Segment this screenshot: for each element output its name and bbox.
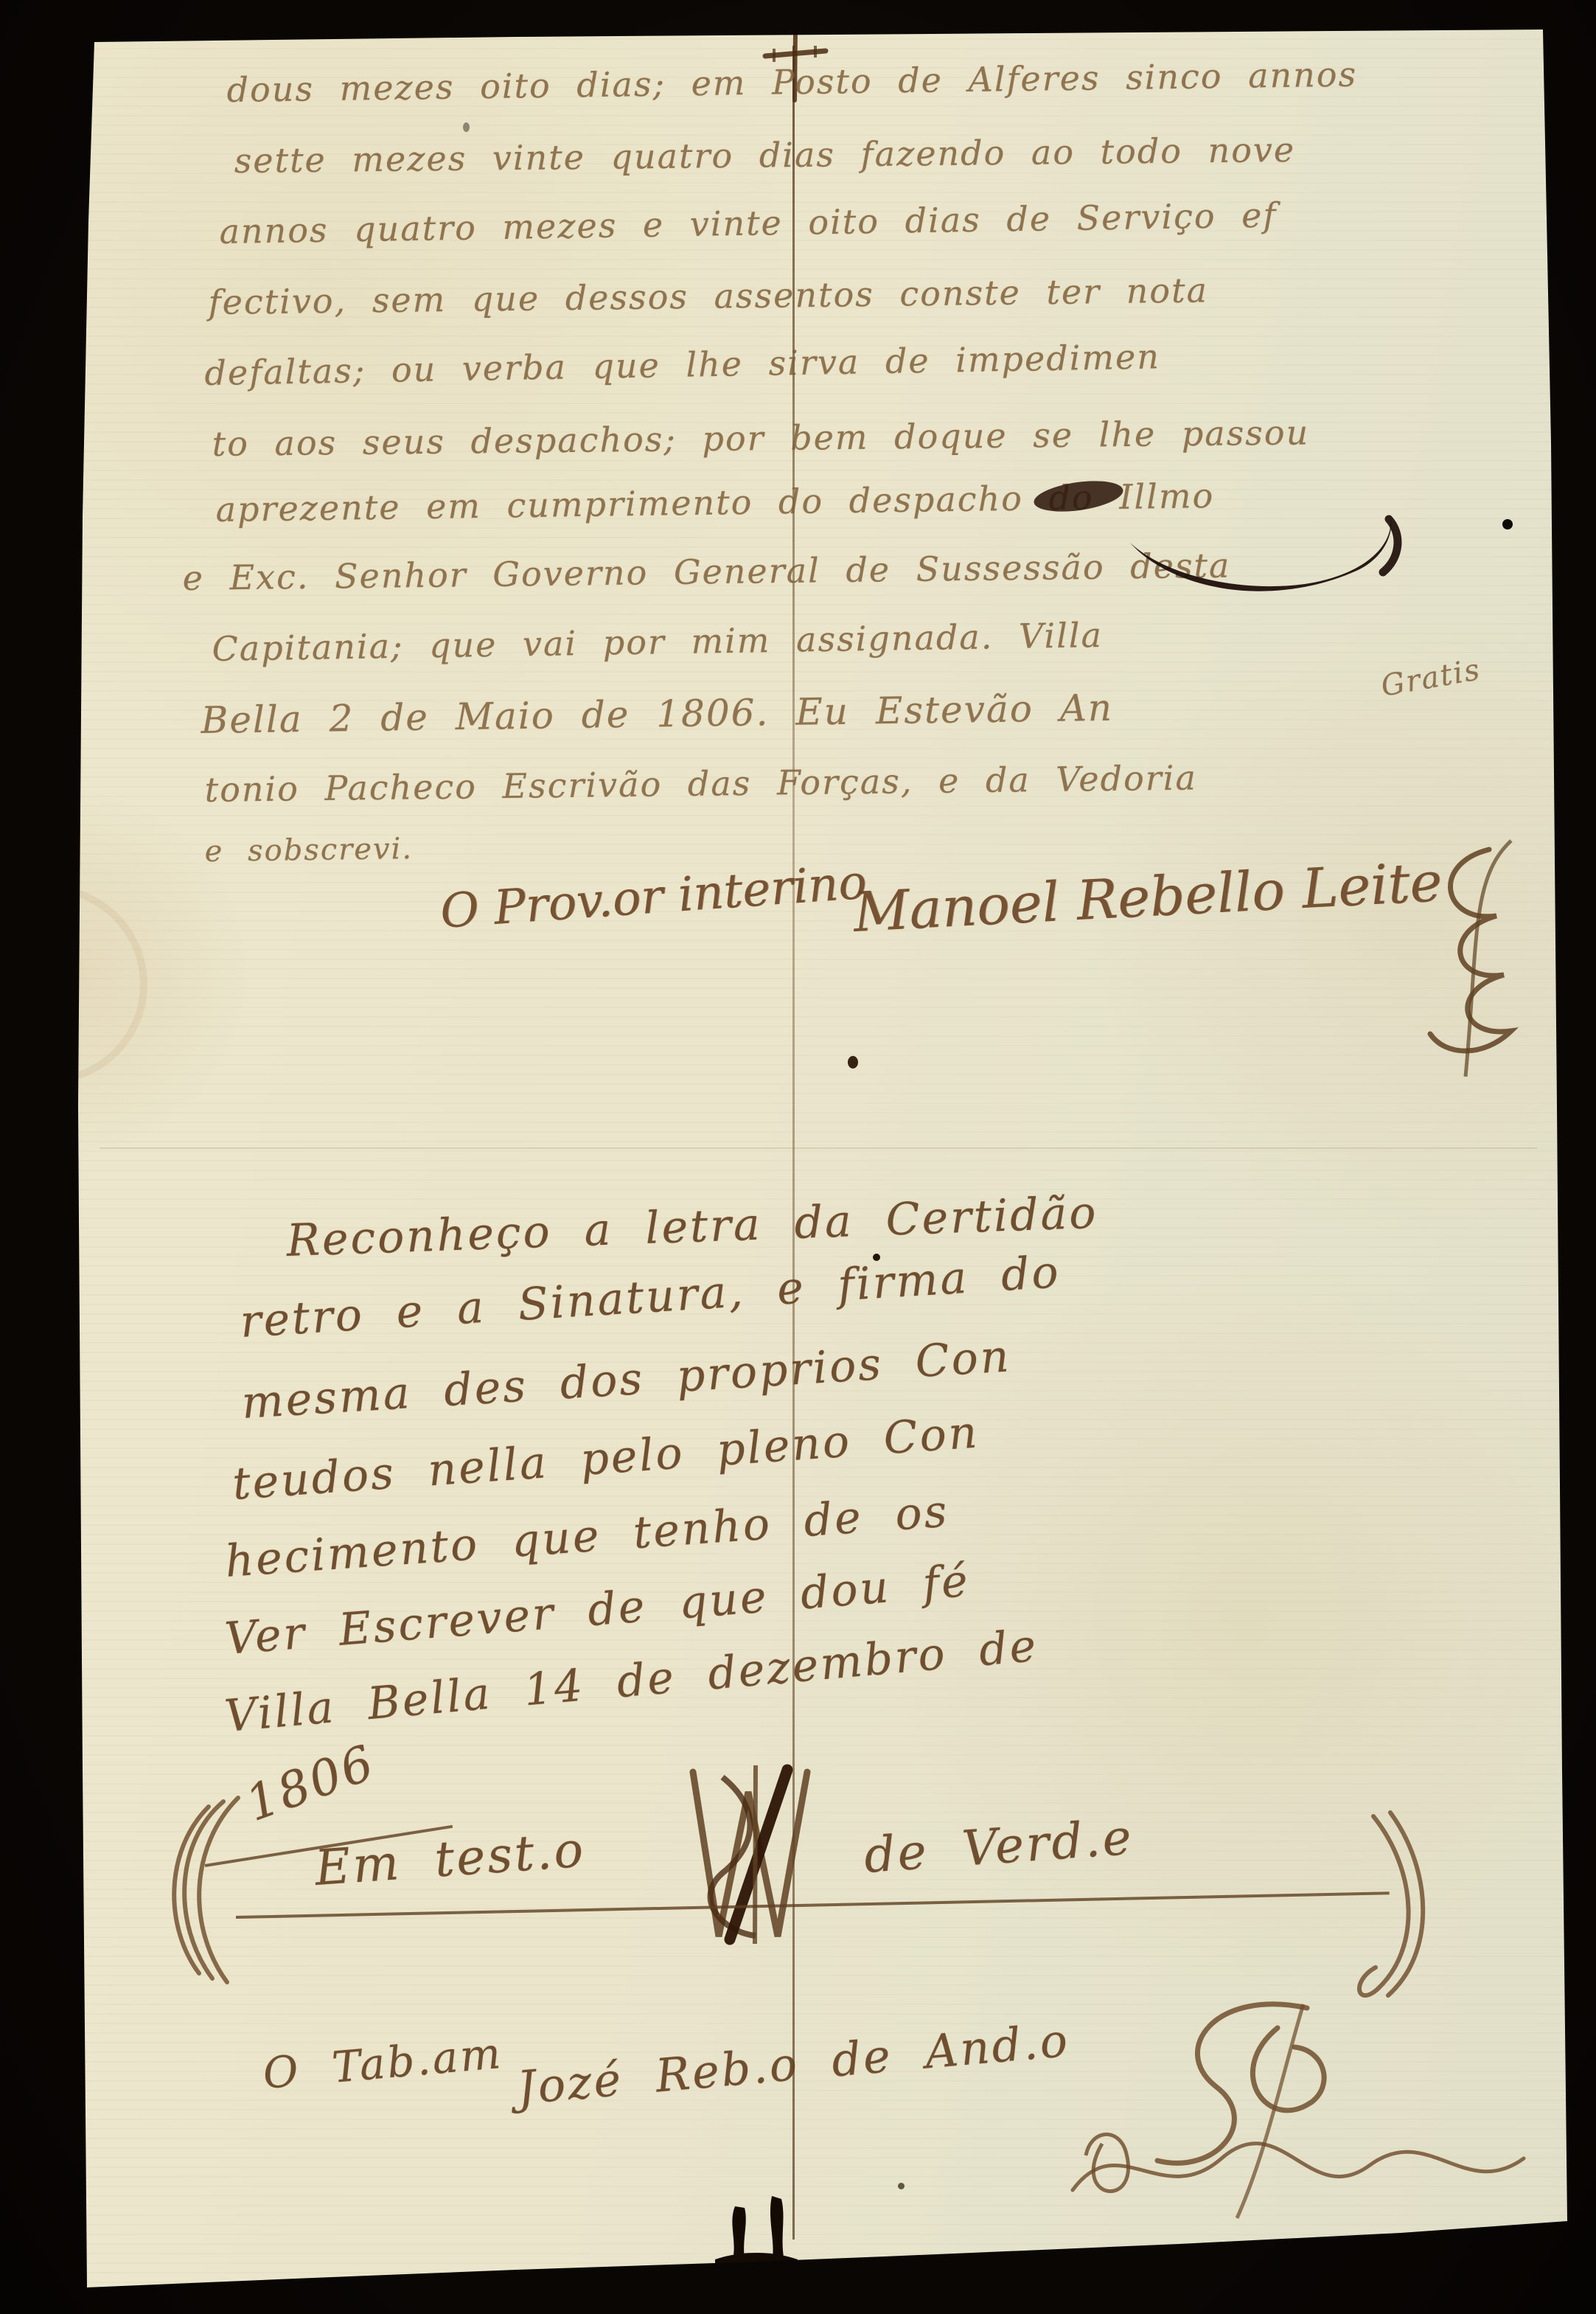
manuscript-page: dous mezes oito dias; em Posto de Alfere… [0, 0, 1596, 2314]
fold-crease-horizontal [100, 1147, 1537, 1149]
attest-right-text: de Verd.e [863, 1809, 1135, 1884]
provedor-signature-name: Manoel Rebello Leite [851, 850, 1443, 945]
attest-left-text: Em test.o [313, 1821, 588, 1897]
certificate-line: dous mezes oito dias; em Posto de Alfere… [226, 55, 1357, 110]
signature-rubric-icon [1401, 833, 1541, 1084]
certificate-line: defaltas; ou verba que lhe sirva de impe… [204, 336, 1160, 393]
ink-speck [1502, 519, 1513, 529]
certificate-line: tonio Pacheco Escrivão das Forças, e da … [204, 758, 1197, 810]
ink-speck [848, 1056, 858, 1069]
ink-smear-icon [1119, 500, 1421, 625]
ink-speck [463, 122, 470, 132]
bottom-ink-mark-icon [702, 2192, 801, 2269]
certificate-line: annos quatro mezes e vinte oito dias de … [219, 195, 1278, 251]
tabelliao-paraph-icon [1050, 2098, 1541, 2227]
recognition-line: 1806 [239, 1734, 383, 1832]
photograph-of-manuscript: dous mezes oito dias; em Posto de Alfere… [0, 0, 1596, 2314]
certificate-line: e Exc. Senhor Governo General de Sussess… [182, 546, 1230, 598]
provedor-title: O Prov.or interino [439, 855, 868, 939]
closing-title: O Tab.am [261, 2028, 505, 2099]
paper-stain [0, 885, 147, 1084]
certificate-line: Bella 2 de Maio de 1806. Eu Estevão An [201, 687, 1113, 742]
certificate-line: e sobscrevi. [204, 832, 413, 869]
margin-note-gratis: Gratis [1379, 653, 1483, 703]
flourish-left-icon [153, 1790, 253, 1993]
certificate-line: sette mezes vinte quatro dias fazendo ao… [234, 130, 1295, 181]
certificate-line: to aos seus despachos; por bem doque se … [212, 412, 1309, 464]
ink-speck [898, 2183, 905, 2189]
flourish-right-icon [1340, 1805, 1458, 2026]
certificate-line: fectivo, sem que dessos assentos conste … [208, 270, 1208, 322]
certificate-line: Capitania; que vai por mim assignada. Vi… [212, 615, 1103, 669]
notarial-sign-icon [677, 1761, 835, 1949]
